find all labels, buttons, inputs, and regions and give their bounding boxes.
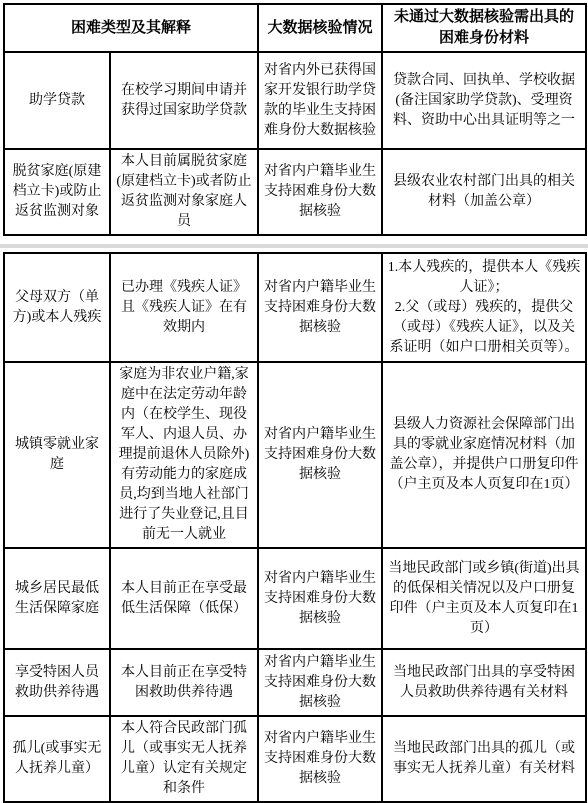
difficulty-type-cell: 享受特困人员救助供养待遇 bbox=[4, 649, 110, 716]
table-row: 城镇零就业家庭 家庭为非农业户籍,家庭中在法定劳动年龄内（在校学生、现役军人、内… bbox=[4, 362, 586, 548]
materials-item-2: 2.父（或母）残疾的，提供父（或母）《残疾人证》，以及关系证明（如户口册相关页等… bbox=[387, 298, 581, 358]
explanation-cell: 本人符合民政部门孤儿（或事实无人抚养儿童）认定有关规定和条件 bbox=[110, 716, 258, 802]
difficulty-table-part-1: 困难类型及其解释 大数据核验情况 未通过大数据核验需出具的困难身份材料 助学贷款… bbox=[3, 3, 587, 236]
difficulty-table-part-2: 父母双方（单方)或本人残疾 已办理《残疾人证》且《残疾人证》在有效期内 对省内户… bbox=[3, 252, 587, 803]
materials-cell: 1.本人残疾的，提供本人《残疾人证》； 2.父（或母）残疾的，提供父（或母）《残… bbox=[382, 253, 586, 362]
difficulty-type-cell: 城镇零就业家庭 bbox=[4, 362, 110, 548]
explanation-cell: 本人目前正在享受最低生活保障（低保） bbox=[110, 548, 258, 649]
explanation-cell: 本人目前属脱贫家庭(原建档立卡)或者防止返贫监测对象家庭人员 bbox=[110, 149, 258, 235]
difficulty-type-cell: 孤儿(或事实无人抚养儿童） bbox=[4, 716, 110, 802]
materials-cell: 贷款合同、回执单、学校收据(备注国家助学贷款)、受理资料、资助中心出具证明等之一 bbox=[382, 52, 586, 149]
check-cell: 对省内户籍毕业生支持困难身份大数据核验 bbox=[258, 149, 382, 235]
table-row: 城乡居民最低生活保障家庭 本人目前正在享受最低生活保障（低保） 对省内户籍毕业生… bbox=[4, 548, 586, 649]
check-cell: 对省内户籍毕业生支持困难身份大数据核验 bbox=[258, 548, 382, 649]
check-cell: 对省内外已获得国家开发银行助学贷款的毕业生支持困难身份大数据核验 bbox=[258, 52, 382, 149]
materials-numbered-list: 1.本人残疾的，提供本人《残疾人证》； 2.父（或母）残疾的，提供父（或母）《残… bbox=[387, 258, 581, 358]
check-cell: 对省内户籍毕业生支持困难身份大数据核验 bbox=[258, 362, 382, 548]
table-separator bbox=[0, 244, 588, 248]
table-row: 孤儿(或事实无人抚养儿童） 本人符合民政部门孤儿（或事实无人抚养儿童）认定有关规… bbox=[4, 716, 586, 802]
explanation-cell: 家庭为非农业户籍,家庭中在法定劳动年龄内（在校学生、现役军人、内退人员、办理提前… bbox=[110, 362, 258, 548]
explanation-cell: 在校学习期间申请并获得过国家助学贷款 bbox=[110, 52, 258, 149]
header-row: 困难类型及其解释 大数据核验情况 未通过大数据核验需出具的困难身份材料 bbox=[4, 4, 586, 52]
type-explanation-header: 困难类型及其解释 bbox=[4, 4, 258, 52]
materials-cell: 当地民政部门出具的孤儿（或事实无人抚养儿童）有关材料 bbox=[382, 716, 586, 802]
bigdata-check-header: 大数据核验情况 bbox=[258, 4, 382, 52]
table-row: 脱贫家庭(原建档立卡)或防止返贫监测对象 本人目前属脱贫家庭(原建档立卡)或者防… bbox=[4, 149, 586, 235]
table-row: 助学贷款 在校学习期间申请并获得过国家助学贷款 对省内外已获得国家开发银行助学贷… bbox=[4, 52, 586, 149]
document-page: 困难类型及其解释 大数据核验情况 未通过大数据核验需出具的困难身份材料 助学贷款… bbox=[0, 0, 588, 803]
materials-item-1: 1.本人残疾的，提供本人《残疾人证》； bbox=[387, 258, 581, 298]
explanation-cell: 本人目前正在享受特困救助供养待遇 bbox=[110, 649, 258, 716]
table-row: 享受特困人员救助供养待遇 本人目前正在享受特困救助供养待遇 对省内户籍毕业生支持… bbox=[4, 649, 586, 716]
difficulty-type-cell: 助学贷款 bbox=[4, 52, 110, 149]
check-cell: 对省内户籍毕业生支持困难身份大数据核验 bbox=[258, 253, 382, 362]
materials-cell: 县级农业农村部门出具的相关材料（加盖公章） bbox=[382, 149, 586, 235]
check-cell: 对省内户籍毕业生支持困难身份大数据核验 bbox=[258, 649, 382, 716]
materials-header: 未通过大数据核验需出具的困难身份材料 bbox=[382, 4, 586, 52]
check-cell: 对省内户籍毕业生支持困难身份大数据核验 bbox=[258, 716, 382, 802]
difficulty-type-cell: 父母双方（单方)或本人残疾 bbox=[4, 253, 110, 362]
difficulty-type-cell: 脱贫家庭(原建档立卡)或防止返贫监测对象 bbox=[4, 149, 110, 235]
materials-cell: 县级人力资源社会保障部门出具的零就业家庭情况材料（加盖公章），并提供户口册复印件… bbox=[382, 362, 586, 548]
materials-cell: 当地民政部门或乡镇(街道)出具的低保相关情况以及户口册复印件（户主页及本人页复印… bbox=[382, 548, 586, 649]
difficulty-type-cell: 城乡居民最低生活保障家庭 bbox=[4, 548, 110, 649]
table-row: 父母双方（单方)或本人残疾 已办理《残疾人证》且《残疾人证》在有效期内 对省内户… bbox=[4, 253, 586, 362]
materials-cell: 当地民政部门出具的享受特困人员救助供养待遇有关材料 bbox=[382, 649, 586, 716]
explanation-cell: 已办理《残疾人证》且《残疾人证》在有效期内 bbox=[110, 253, 258, 362]
